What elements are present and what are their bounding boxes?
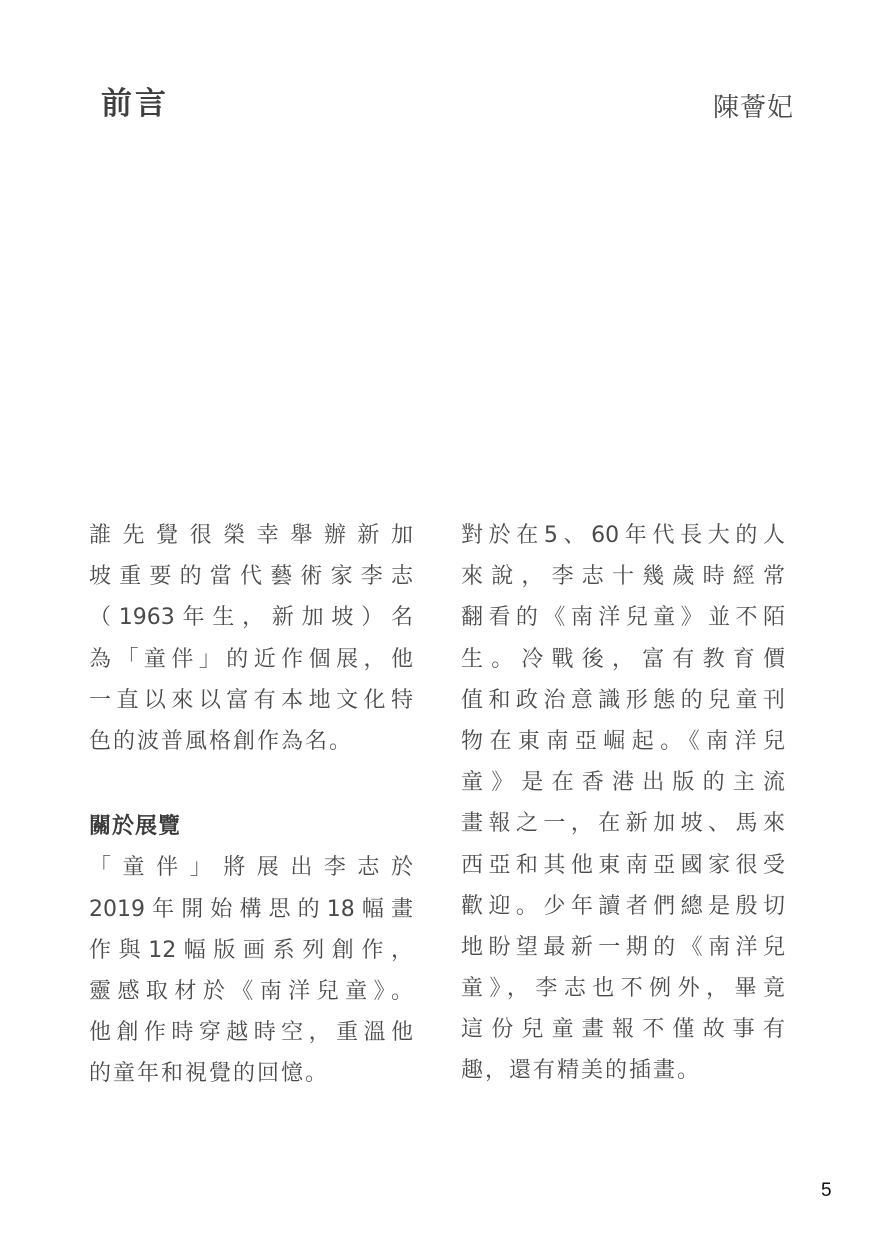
intro-line: 一直以來以富有本地文化特 bbox=[89, 680, 413, 721]
section-line: 靈感取材於《南洋兒童》。 bbox=[89, 971, 413, 1012]
body-line: 對於在5、60年代長大的人 bbox=[461, 515, 785, 556]
body-line: 翻看的《南洋兒童》並不陌 bbox=[461, 597, 785, 638]
body-line: 趣，還有精美的插畫。 bbox=[461, 1050, 785, 1091]
left-column: 誰先覺很榮幸舉辦新加 坡重要的當代藝術家李志 （1963年生，新加坡）名 為「童… bbox=[89, 515, 413, 1094]
body-line: 地盼望最新一期的《南洋兒 bbox=[461, 927, 785, 968]
body-line: 童》是在香港出版的主流 bbox=[461, 762, 785, 803]
intro-line: 誰先覺很榮幸舉辦新加 bbox=[89, 515, 413, 556]
author-name: 陳薈妃 bbox=[713, 88, 794, 128]
intro-line: （1963年生，新加坡）名 bbox=[89, 597, 413, 638]
right-column: 對於在5、60年代長大的人 來說，李志十幾歲時經常 翻看的《南洋兒童》並不陌 生… bbox=[461, 515, 785, 1092]
section-line: 2019年開始構思的18幅畫 bbox=[89, 889, 413, 930]
section-line: 作與12幅版画系列創作， bbox=[89, 930, 413, 971]
body-line: 歡迎。少年讀者們總是殷切 bbox=[461, 886, 785, 927]
section-line: 「童伴」將展出李志於 bbox=[89, 847, 413, 888]
body-line: 童》，李志也不例外，畢竟 bbox=[461, 968, 785, 1009]
body-line: 物在東南亞崛起。《南洋兒 bbox=[461, 721, 785, 762]
body-line: 西亞和其他東南亞國家很受 bbox=[461, 845, 785, 886]
body-line: 值和政治意識形態的兒童刊 bbox=[461, 680, 785, 721]
intro-line: 坡重要的當代藝術家李志 bbox=[89, 556, 413, 597]
body-line: 這份兒童畫報不僅故事有 bbox=[461, 1009, 785, 1050]
intro-line: 色的波普風格創作為名。 bbox=[89, 721, 413, 762]
body-line: 來說，李志十幾歲時經常 bbox=[461, 556, 785, 597]
page-number: 5 bbox=[821, 1180, 832, 1202]
section-line: 的童年和視覺的回憶。 bbox=[89, 1053, 413, 1094]
section-line: 他創作時穿越時空，重溫他 bbox=[89, 1012, 413, 1053]
section-heading: 關於展覽 bbox=[89, 806, 413, 847]
page-title: 前言 bbox=[101, 84, 169, 124]
intro-line: 為「童伴」的近作個展，他 bbox=[89, 639, 413, 680]
paragraph-gap bbox=[89, 762, 413, 806]
body-line: 畫報之一，在新加坡、馬來 bbox=[461, 803, 785, 844]
body-line: 生。冷戰後，富有教育價 bbox=[461, 639, 785, 680]
